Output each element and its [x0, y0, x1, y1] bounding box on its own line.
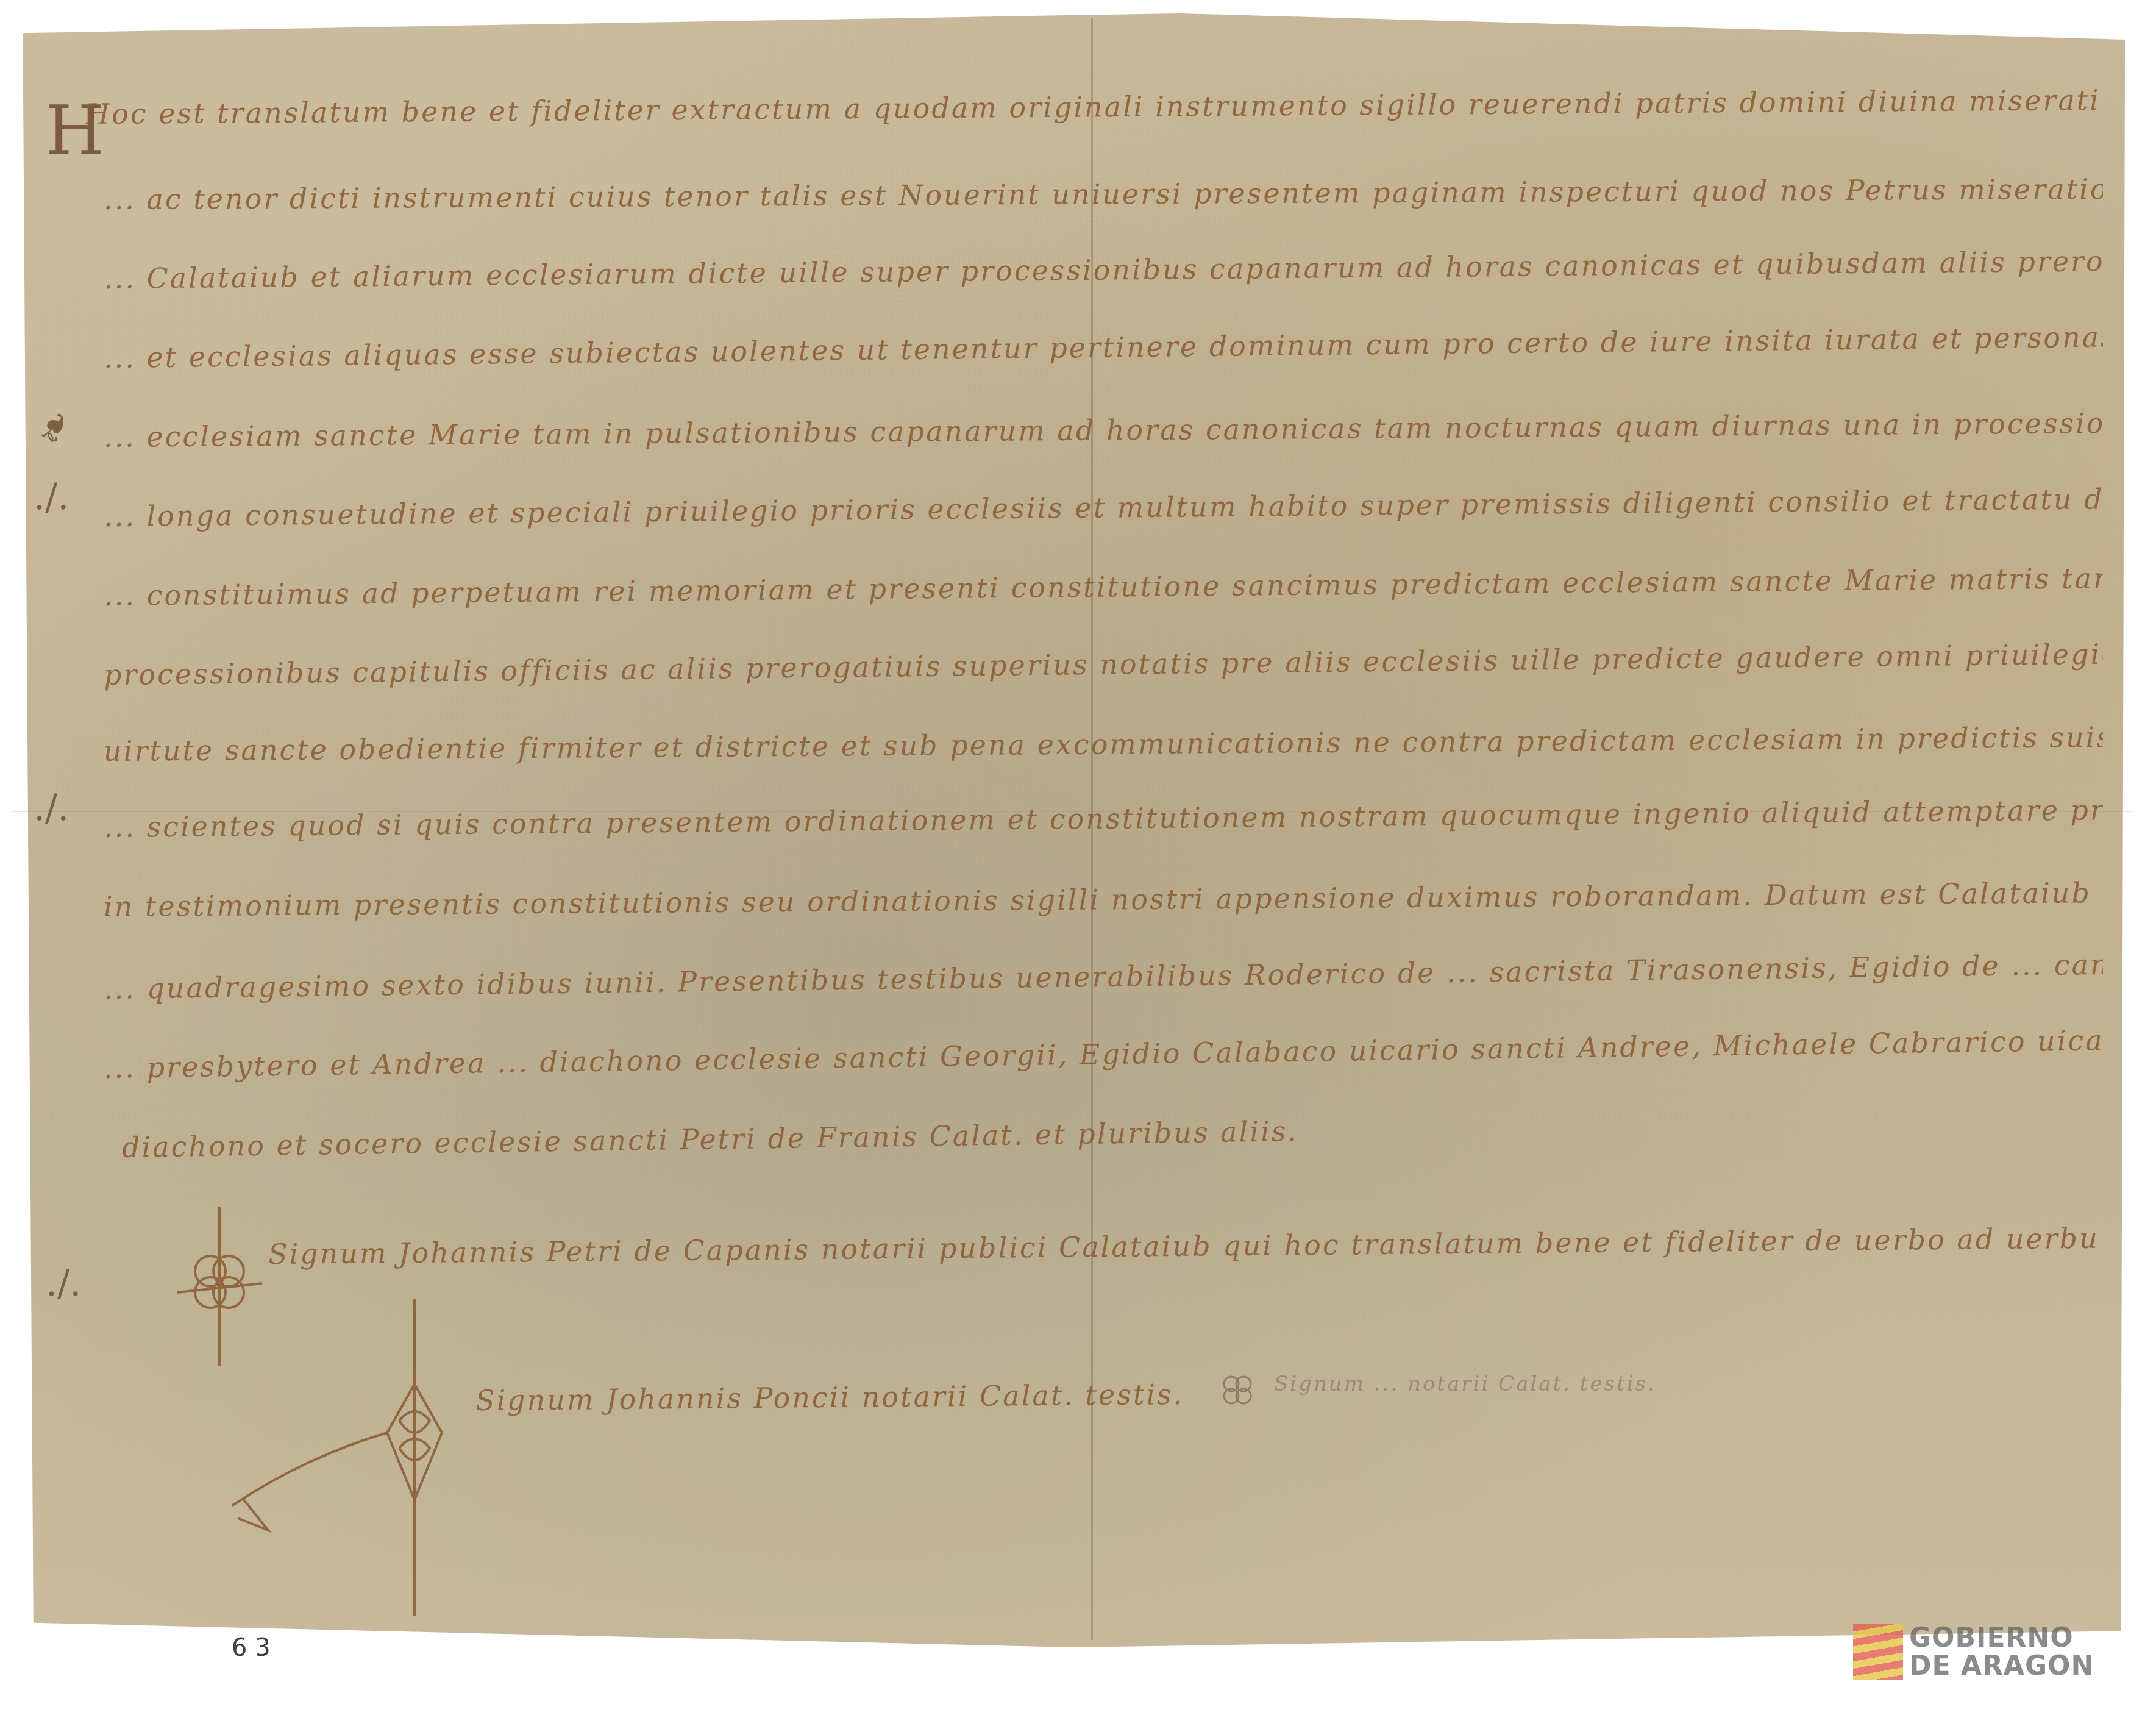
- margin-mark-3: ./.: [46, 1262, 81, 1305]
- notarial-sign-icon-2: [232, 1299, 463, 1616]
- margin-mark-2: ./.: [34, 786, 69, 829]
- gobierno-de-aragon-watermark: GOBIERNO DE ARAGON: [1853, 1622, 2146, 1683]
- notarial-subscription-2: Signum Johannis Poncii notarii Calat. te…: [475, 1378, 1184, 1417]
- watermark-text: GOBIERNO DE ARAGON: [1909, 1624, 2094, 1680]
- watermark-line-1: GOBIERNO: [1909, 1624, 2094, 1652]
- margin-mark-1: ./.: [34, 476, 69, 518]
- aragon-flag-icon: [1853, 1624, 1903, 1680]
- watermark-line-2: DE ARAGON: [1909, 1652, 2094, 1680]
- notarial-subscription-3: Signum ... notarii Calat. testis.: [1274, 1372, 1656, 1396]
- notarial-sign-icon-3: [1216, 1366, 1259, 1414]
- archive-reference-mark: 6 3: [232, 1634, 271, 1662]
